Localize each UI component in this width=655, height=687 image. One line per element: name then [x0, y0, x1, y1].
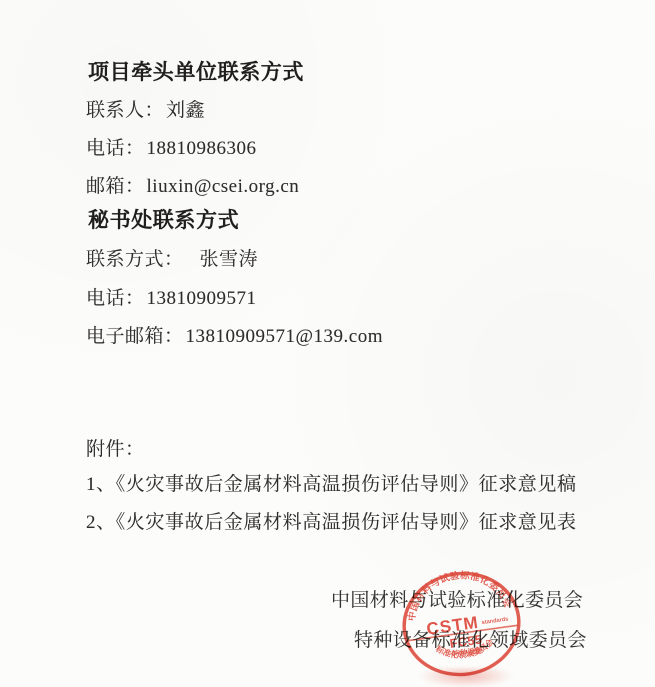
- official-seal-stamp: 中国材料与试验标准化委员会 CSTM standards FC55 特种设备 标…: [399, 568, 524, 680]
- signature-line-2: 特种设备标准化领域委员会: [354, 630, 587, 651]
- contact-value: 13810909571: [147, 288, 257, 309]
- document-page: 项目牵头单位联系方式 联系人：刘鑫 电话：18810986306 邮箱：liux…: [0, 0, 655, 687]
- contact-label: 电话：: [86, 138, 145, 159]
- contact-label: 联系方式：: [86, 249, 184, 270]
- seal-standards-text: standards: [481, 616, 508, 626]
- seal-border: [399, 568, 524, 680]
- contact-value: 刘鑫: [166, 100, 205, 121]
- signature-line-1: 中国材料与试验标准化委员会: [331, 590, 583, 611]
- attachment-item: 2、《火灾事故后金属材料高温损伤评估导则》征求意见表: [86, 512, 577, 534]
- contact-line: 电话：13810909571: [86, 288, 257, 309]
- contact-line: 电子邮箱：13810909571@139.com: [86, 326, 383, 347]
- contact-label: 电话：: [86, 288, 145, 309]
- secretariat-heading: 秘书处联系方式: [88, 209, 239, 232]
- attachment-item: 1、《火灾事故后金属材料高温损伤评估导则》征求意见稿: [86, 474, 577, 496]
- contact-value: 18810986306: [147, 138, 257, 159]
- contact-label: 邮箱：: [86, 176, 145, 197]
- contact-line: 电话：18810986306: [86, 138, 257, 159]
- attachments-heading: 附件：: [86, 439, 145, 460]
- contact-value: 张雪涛: [200, 249, 259, 270]
- lead-unit-heading: 项目牵头单位联系方式: [88, 61, 304, 84]
- contact-line: 邮箱：liuxin@csei.org.cn: [86, 176, 299, 197]
- contact-label: 联系人：: [86, 100, 164, 121]
- contact-line: 联系人：刘鑫: [86, 100, 205, 121]
- seal-ink-smudge: [418, 668, 514, 687]
- contact-value: liuxin@csei.org.cn: [147, 176, 300, 197]
- contact-line: 联系方式：张雪涛: [86, 249, 258, 270]
- contact-value: 13810909571@139.com: [186, 326, 383, 347]
- contact-label: 电子邮箱：: [86, 326, 184, 347]
